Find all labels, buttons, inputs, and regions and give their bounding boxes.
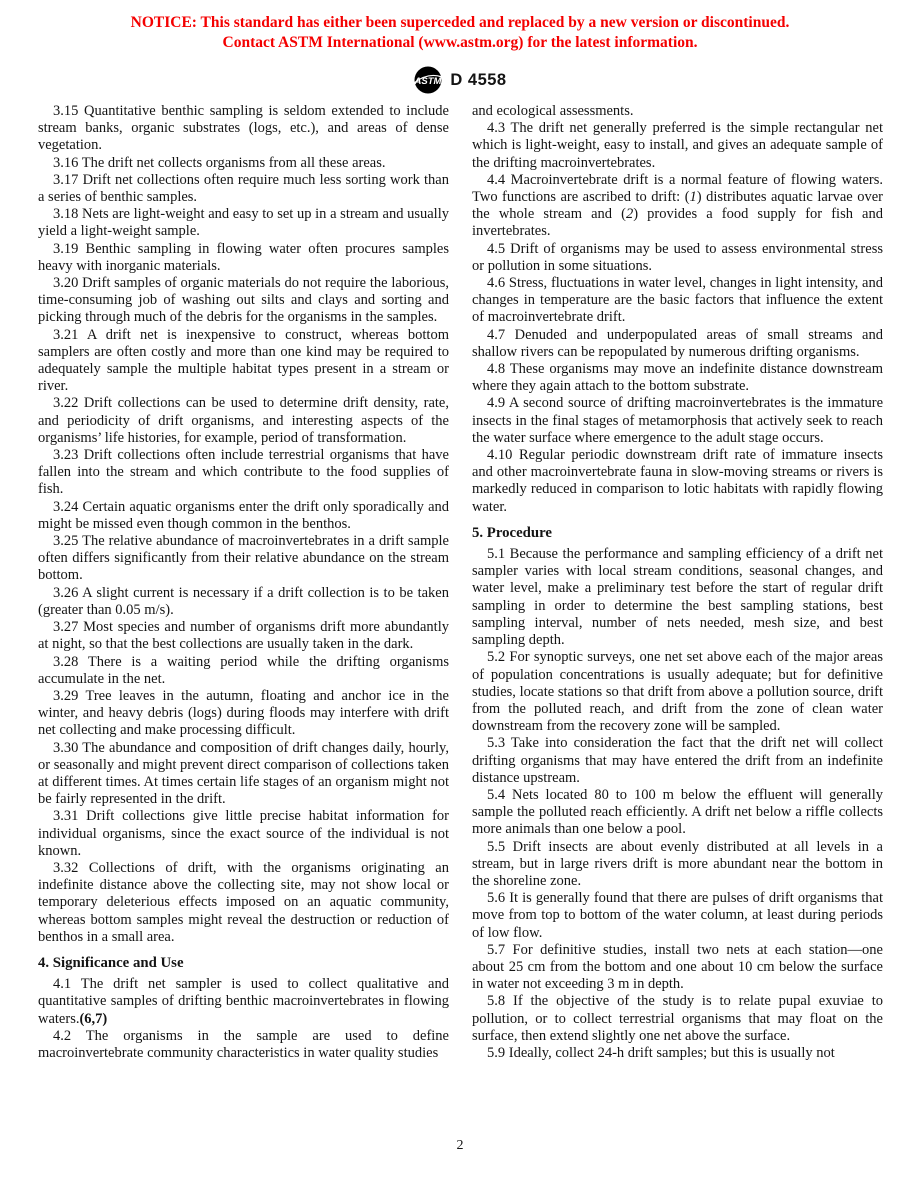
paragraph: 3.26 A slight current is necessary if a … [38,585,449,619]
paragraph: 3.31 Drift collections give little preci… [38,808,449,860]
svg-text:ASTM: ASTM [414,76,443,87]
paragraph: 5.6 It is generally found that there are… [472,890,883,942]
paragraph: 3.16 The drift net collects organisms fr… [38,155,449,172]
section-heading: 5. Procedure [472,525,883,542]
paragraph: 4.8 These organisms may move an indefini… [472,361,883,395]
paragraph: 5.5 Drift insects are about evenly distr… [472,839,883,891]
paragraph: 4.9 A second source of drifting macroinv… [472,395,883,447]
paragraph: 4.6 Stress, fluctuations in water level,… [472,275,883,327]
paragraph: 4.3 The drift net generally preferred is… [472,120,883,172]
page-number: 2 [457,1138,464,1153]
paragraph: 5.3 Take into consideration the fact tha… [472,735,883,787]
paragraph: 3.22 Drift collections can be used to de… [38,395,449,447]
right-column: and ecological assessments.4.3 The drift… [472,103,883,1062]
paragraph: 3.15 Quantitative benthic sampling is se… [38,103,449,155]
paragraph: 3.27 Most species and number of organism… [38,619,449,653]
paragraph: 4.4 Macroinvertebrate drift is a normal … [472,172,883,241]
paragraph: 3.30 The abundance and composition of dr… [38,740,449,809]
section-heading: 4. Significance and Use [38,955,449,972]
paragraph: 3.17 Drift net collections often require… [38,172,449,206]
paragraph: 5.7 For definitive studies, install two … [472,942,883,994]
paragraph: and ecological assessments. [472,103,883,120]
paragraph: 3.32 Collections of drift, with the orga… [38,860,449,946]
astm-logo-icon: ASTM [413,65,443,95]
paragraph: 5.8 If the objective of the study is to … [472,993,883,1045]
paragraph: 5.1 Because the performance and sampling… [472,546,883,649]
paragraph: 4.1 The drift net sampler is used to col… [38,976,449,1028]
paragraph: 3.20 Drift samples of organic materials … [38,275,449,327]
two-column-body: 3.15 Quantitative benthic sampling is se… [0,96,920,1062]
document-page: NOTICE: This standard has either been su… [0,0,920,1191]
paragraph: 4.2 The organisms in the sample are used… [38,1028,449,1062]
paragraph: 3.23 Drift collections often include ter… [38,447,449,499]
paragraph: 4.10 Regular periodic downstream drift r… [472,447,883,516]
page-footer: 2 [0,1138,920,1154]
paragraph: 5.4 Nets located 80 to 100 m below the e… [472,787,883,839]
paragraph: 3.19 Benthic sampling in flowing water o… [38,241,449,275]
paragraph: 3.24 Certain aquatic organisms enter the… [38,499,449,533]
paragraph: 4.5 Drift of organisms may be used to as… [472,241,883,275]
discontinuation-notice: NOTICE: This standard has either been su… [0,0,920,53]
notice-line-1: NOTICE: This standard has either been su… [0,13,920,33]
paragraph: 5.9 Ideally, collect 24-h drift samples;… [472,1045,883,1062]
paragraph: 4.7 Denuded and underpopulated areas of … [472,327,883,361]
paragraph: 3.21 A drift net is inexpensive to const… [38,327,449,396]
paragraph: 5.2 For synoptic surveys, one net set ab… [472,649,883,735]
left-column: 3.15 Quantitative benthic sampling is se… [38,103,449,1062]
standard-designation: D 4558 [450,71,506,90]
standard-header: ASTM D 4558 [0,64,920,96]
paragraph: 3.18 Nets are light-weight and easy to s… [38,206,449,240]
paragraph: 3.29 Tree leaves in the autumn, floating… [38,688,449,740]
paragraph: 3.28 There is a waiting period while the… [38,654,449,688]
paragraph: 3.25 The relative abundance of macroinve… [38,533,449,585]
notice-line-2: Contact ASTM International (www.astm.org… [0,33,920,53]
